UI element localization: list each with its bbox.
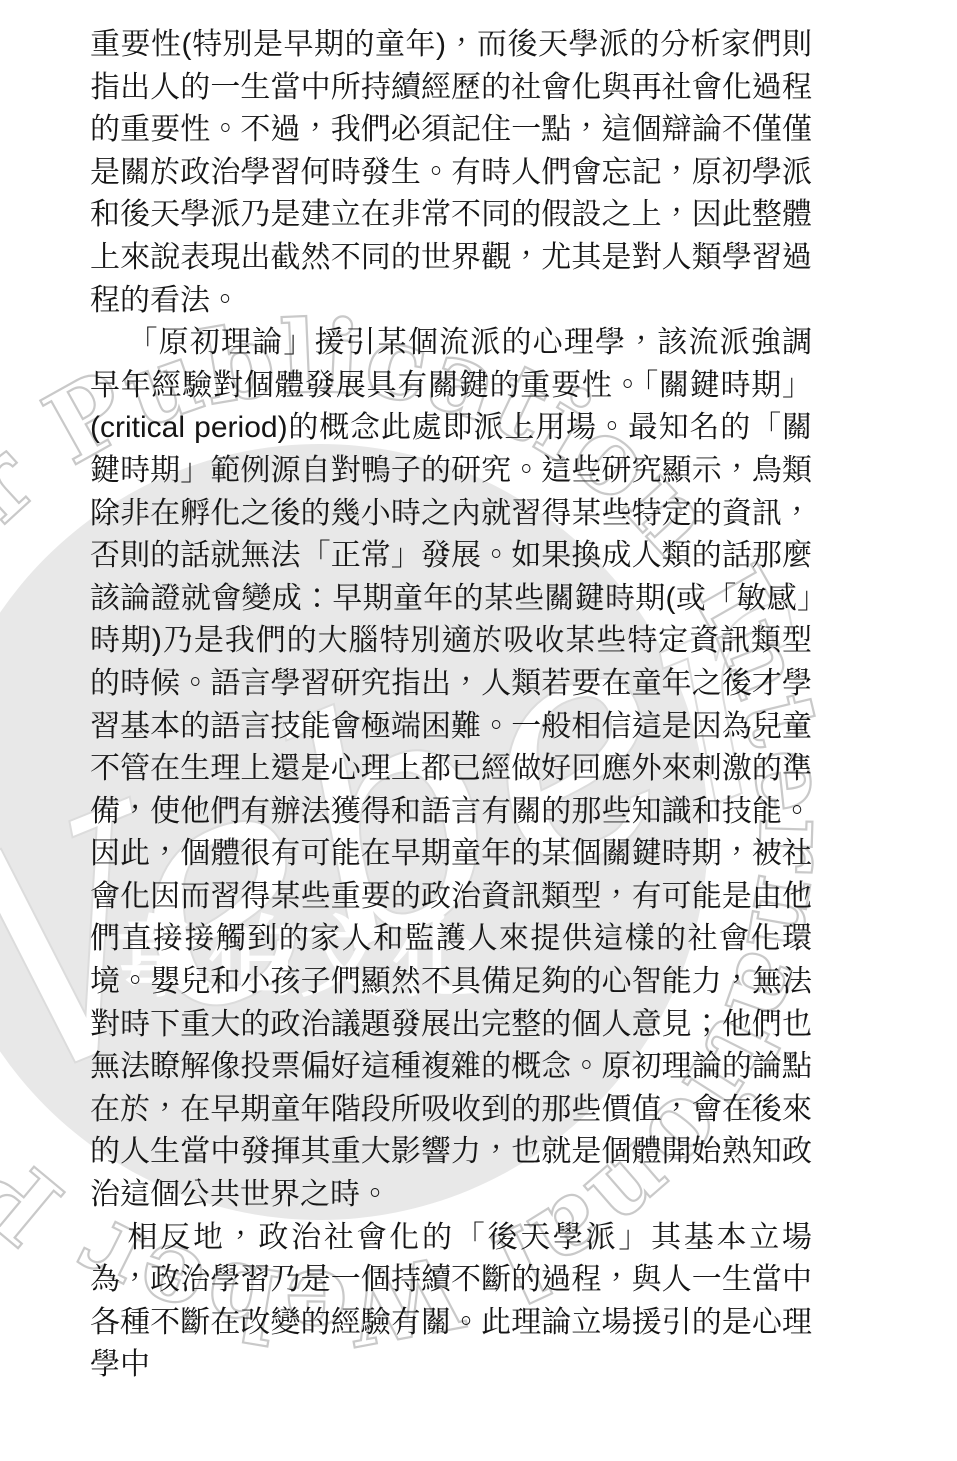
paragraph-1: 重要性(特別是早期的童年)，而後天學派的分析家們則指出人的一生當中所持續經歷的社… — [90, 24, 812, 322]
paragraph-2: 「原初理論」援引某個流派的心理學，該流派強調早年經驗對個體發展具有關鍵的重要性。… — [90, 322, 812, 1216]
book-page: Weber Weber Publication International We… — [0, 0, 957, 1461]
page-text: 重要性(特別是早期的童年)，而後天學派的分析家們則指出人的一生當中所持續經歷的社… — [90, 24, 812, 1387]
paragraph-3: 相反地，政治社會化的「後天學派」其基本立場為，政治學習乃是一個持續不斷的過程，與… — [90, 1217, 812, 1387]
